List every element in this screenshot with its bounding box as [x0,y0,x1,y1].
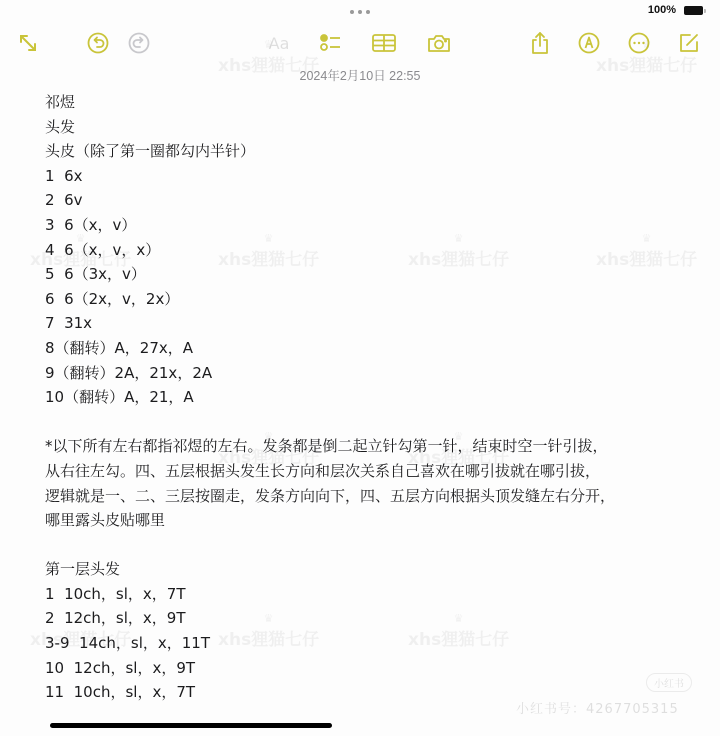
note-line: 10 12ch，sl，x，9T [45,656,685,681]
battery-percent: 100% [648,4,676,16]
text-format-icon: Aa [269,34,290,53]
more-ellipsis-icon [628,32,650,54]
watermark-id: 小红书号：4267705315 [516,698,679,717]
home-indicator[interactable] [50,723,332,728]
status-bar: 100% [0,0,720,24]
note-line: 头皮（除了第一圈都勾内半针） [45,139,685,164]
note-timestamp: 2024年2月10日 22:55 [0,66,720,84]
note-title: 祁煜 [45,90,685,115]
compose-new-note-icon [678,32,700,54]
note-editor[interactable]: 祁煜 头发 头皮（除了第一圈都勾内半针） 1 6x 2 6v 3 6（x，v） … [45,90,685,705]
table-icon [371,32,397,54]
compose-button[interactable] [675,28,703,58]
note-line: 2 6v [45,188,685,213]
note-paragraph-line: 逻辑就是一、二、三层按圈走，发条方向向下，四、五层方向根据头顶发缝左右分开， [45,484,685,509]
markup-pen-icon [578,32,600,54]
section-title: 第一层头发 [45,557,685,582]
checklist-icon [319,32,343,54]
note-line: 1 6x [45,164,685,189]
blank-line [45,410,685,435]
note-line: 头发 [45,115,685,140]
note-paragraph-line: 哪里露头皮贴哪里 [45,508,685,533]
camera-button[interactable] [425,28,453,58]
undo-button[interactable] [84,28,112,58]
note-line: 1 10ch，sl，x，7T [45,582,685,607]
battery-icon [684,6,706,16]
note-line: 5 6（3x，v） [45,262,685,287]
note-line: 9（翻转）2A，21x，2A [45,361,685,386]
camera-icon [426,32,452,54]
note-line: 2 12ch，sl，x，9T [45,606,685,631]
resize-arrows-icon [17,32,39,54]
redo-icon [128,32,150,54]
watermark-badge: 小红书 [646,673,692,692]
share-button[interactable] [526,28,554,58]
note-line: 4 6（x，v，x） [45,238,685,263]
multitasking-menu-handle[interactable] [350,10,370,14]
dot-icon [350,10,354,14]
note-line: 10（翻转）A，21，A [45,385,685,410]
dot-icon [366,10,370,14]
note-line: 7 31x [45,311,685,336]
markup-button[interactable] [575,28,603,58]
note-line: 8（翻转）A，27x，A [45,336,685,361]
note-paragraph-line: 从右往左勾。四、五层根据头发生长方向和层次关系自己喜欢在哪引拔就在哪引拔， [45,459,685,484]
note-paragraph-line: *以下所有左右都指祁煜的左右。发条都是倒二起立针勾第一针，结束时空一针引拔， [45,434,685,459]
note-line: 6 6（2x，v，2x） [45,287,685,312]
share-icon [529,31,551,55]
notes-toolbar: Aa [0,28,720,60]
note-line: 3 6（x，v） [45,213,685,238]
dot-icon [358,10,362,14]
resize-button[interactable] [14,28,42,58]
more-button[interactable] [625,28,653,58]
note-line: 3-9 14ch，sl，x，11T [45,631,685,656]
format-button[interactable]: Aa [264,28,294,58]
checklist-button[interactable] [317,28,345,58]
redo-button[interactable] [125,28,153,58]
table-button[interactable] [370,28,398,58]
blank-line [45,533,685,558]
undo-icon [87,32,109,54]
